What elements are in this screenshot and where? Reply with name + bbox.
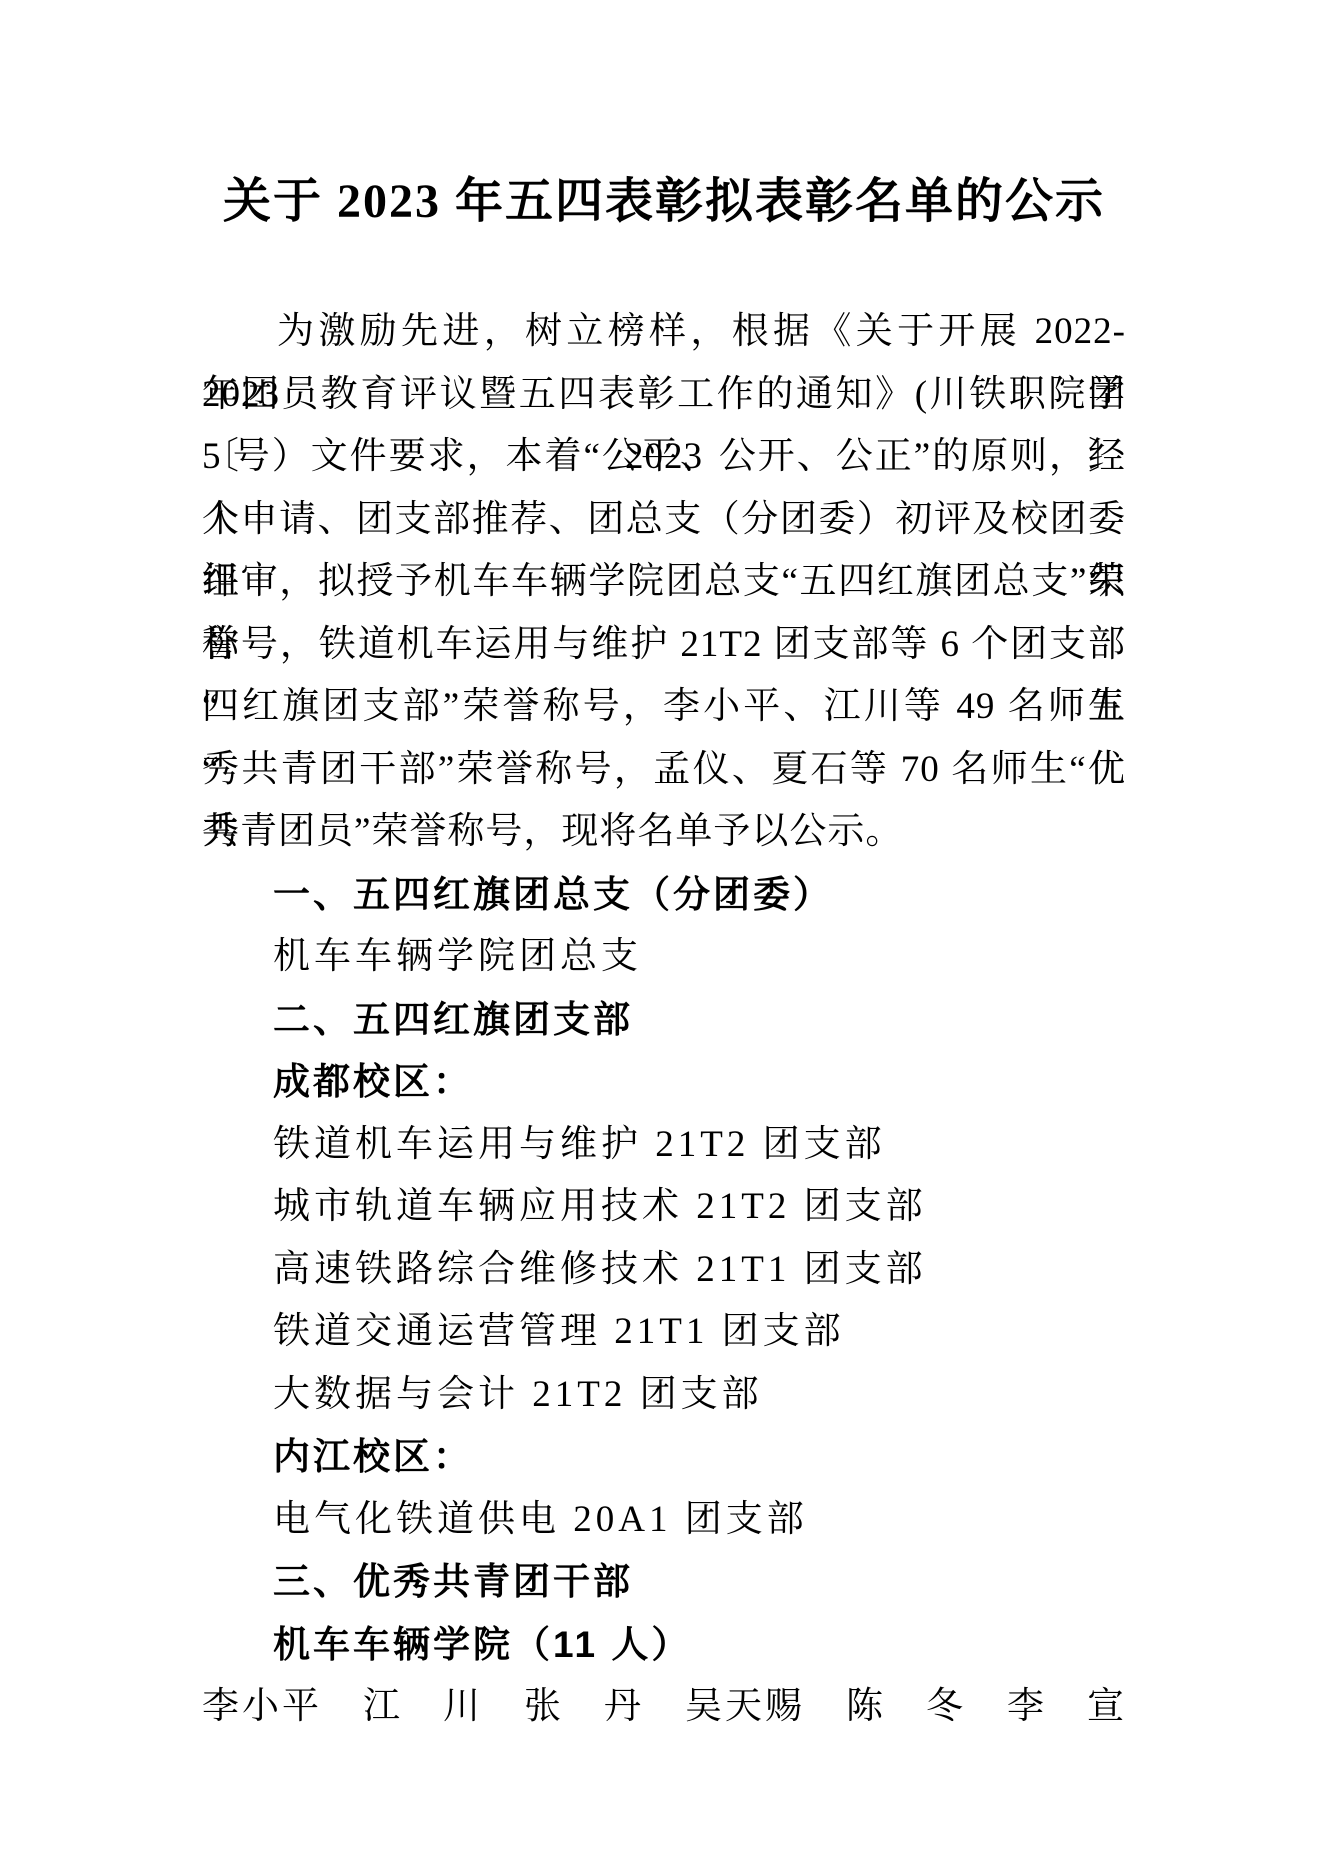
section-red-flag-branches: 二、五四红旗团支部 成都校区： 铁道机车运用与维护 21T2 团支部 城市轨道车… [202,989,1126,1552]
campus-label-chengdu: 成都校区： [202,1051,1126,1114]
section-heading: 一、五四红旗团总支（分团委） [202,864,1126,927]
entry-item: 大数据与会计 21T2 团支部 [202,1364,1126,1427]
entry-item: 电气化铁道供电 20A1 团支部 [202,1489,1126,1552]
campus-label-neijiang: 内江校区： [202,1426,1126,1489]
section-heading: 三、优秀共青团干部 [202,1551,1126,1614]
intro-line: 5 号）文件要求，本着“公平、公开、公正”的原则，经个 [202,426,1126,489]
intro-line: 评审，拟授予机车车辆学院团总支“五四红旗团总支”荣誉 [202,551,1126,614]
name-item: 张 丹 [524,1676,644,1739]
intro-line: 人申请、团支部推荐、团总支（分团委）初评及校团委组织 [202,489,1126,552]
entry-item: 铁道交通运营管理 21T1 团支部 [202,1301,1126,1364]
intro-line: 为激励先进，树立榜样，根据《关于开展 2022-2023 学 [202,301,1126,364]
name-item: 吴天赐 [685,1676,805,1739]
intro-line: 四红旗团支部”荣誉称号，李小平、江川等 49 名师生“优 [202,676,1126,739]
section-heading: 二、五四红旗团支部 [202,989,1126,1052]
document-body: 为激励先进，树立榜样，根据《关于开展 2022-2023 学 年团员教育评议暨五… [202,301,1126,1739]
entry-item: 铁道机车运用与维护 21T2 团支部 [202,1114,1126,1177]
page-title: 关于 2023 年五四表彰拟表彰名单的公示 [202,0,1126,233]
entry-item: 城市轨道车辆应用技术 21T2 团支部 [202,1176,1126,1239]
name-item: 李 宣 [1007,1676,1127,1739]
document-page: 关于 2023 年五四表彰拟表彰名单的公示 为激励先进，树立榜样，根据《关于开展… [0,0,1323,1871]
name-item: 李小平 [202,1676,322,1739]
names-row: 李小平 江 川 张 丹 吴天赐 陈 冬 李 宣 [202,1676,1126,1739]
college-group-label: 机车车辆学院（11 人） [202,1614,1126,1677]
intro-line: 称号，铁道机车运用与维护 21T2 团支部等 6 个团支部“五 [202,614,1126,677]
name-item: 江 川 [363,1676,483,1739]
entry-item: 高速铁路综合维修技术 21T1 团支部 [202,1239,1126,1302]
section-outstanding-cadres: 三、优秀共青团干部 机车车辆学院（11 人） 李小平 江 川 张 丹 吴天赐 陈… [202,1551,1126,1739]
intro-line: 秀共青团干部”荣誉称号，孟仪、夏石等 70 名师生“优秀 [202,739,1126,802]
entry-item: 机车车辆学院团总支 [202,926,1126,989]
section-red-flag-general-branch: 一、五四红旗团总支（分团委） 机车车辆学院团总支 [202,864,1126,989]
intro-line: 共青团员”荣誉称号，现将名单予以公示。 [202,801,1126,864]
name-item: 陈 冬 [846,1676,966,1739]
intro-line: 年团员教育评议暨五四表彰工作的通知》(川铁职院团〔2023〕 [202,364,1126,427]
intro-paragraph: 为激励先进，树立榜样，根据《关于开展 2022-2023 学 年团员教育评议暨五… [202,301,1126,864]
